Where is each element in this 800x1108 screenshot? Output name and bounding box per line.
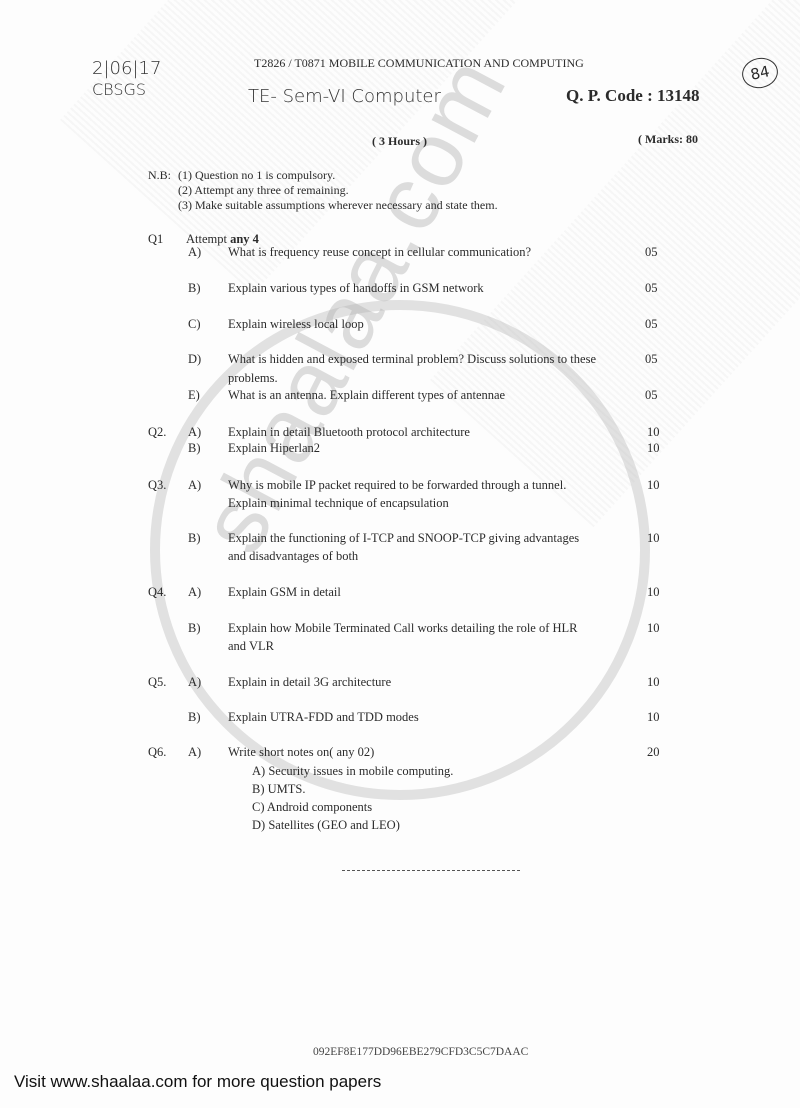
part-marks: 10 — [647, 441, 660, 456]
paper-hash-code: 092EF8E177DD96EBE279CFD3C5C7DAAC — [313, 1046, 528, 1058]
part-text: Explain the functioning of I-TCP and SNO… — [228, 531, 579, 546]
part-marks: 10 — [647, 478, 660, 493]
part-marks: 10 — [647, 585, 660, 600]
part-marks: 20 — [647, 745, 660, 760]
part-text-continued: and disadvantages of both — [228, 549, 358, 564]
part-label: B) — [188, 441, 201, 456]
part-marks: 05 — [645, 352, 658, 367]
part-text: Explain wireless local loop — [228, 317, 364, 332]
part-text: Write short notes on( any 02) — [228, 745, 374, 760]
visit-banner: Visit www.shaalaa.com for more question … — [14, 1072, 381, 1092]
part-label: E) — [188, 388, 200, 403]
part-text: Explain in detail 3G architecture — [228, 675, 391, 690]
part-marks: 05 — [645, 245, 658, 260]
part-text: What is frequency reuse concept in cellu… — [228, 245, 531, 260]
part-text: Why is mobile IP packet required to be f… — [228, 478, 566, 493]
question-paper-page: shaalaa.com 2|06|17 CBSGS TE- Sem-VI Com… — [0, 0, 800, 1108]
handwritten-scheme: CBSGS — [92, 80, 146, 99]
note-item: (2) Attempt any three of remaining. — [178, 183, 349, 198]
note-item: (3) Make suitable assumptions wherever n… — [178, 198, 498, 213]
part-marks: 10 — [647, 675, 660, 690]
question-number: Q3. — [148, 478, 166, 493]
part-text: Explain how Mobile Terminated Call works… — [228, 621, 578, 636]
end-divider — [342, 870, 520, 871]
part-text: Explain Hiperlan2 — [228, 441, 320, 456]
note-item: (1) Question no 1 is compulsory. — [178, 168, 335, 183]
part-marks: 10 — [647, 621, 660, 636]
sub-item: A) Security issues in mobile computing. — [252, 764, 453, 779]
part-text: Explain UTRA-FDD and TDD modes — [228, 710, 419, 725]
handwritten-class: TE- Sem-VI Computer — [248, 86, 441, 107]
part-label: A) — [188, 245, 201, 260]
part-text-continued: problems. — [228, 371, 278, 386]
part-label: D) — [188, 352, 201, 367]
part-marks: 10 — [647, 531, 660, 546]
part-text: Explain in detail Bluetooth protocol arc… — [228, 425, 470, 440]
part-marks: 10 — [647, 710, 660, 725]
part-label: B) — [188, 621, 201, 636]
duration: ( 3 Hours ) — [372, 134, 427, 149]
qp-code: Q. P. Code : 13148 — [566, 86, 700, 106]
part-label: B) — [188, 281, 201, 296]
total-marks: ( Marks: 80 — [638, 132, 698, 147]
part-label: B) — [188, 531, 201, 546]
notes-label: N.B: — [148, 168, 171, 183]
part-label: A) — [188, 745, 201, 760]
part-text-continued: Explain minimal technique of encapsulati… — [228, 496, 449, 511]
part-text: What is hidden and exposed terminal prob… — [228, 352, 596, 367]
part-marks: 05 — [645, 388, 658, 403]
part-text: Explain various types of handoffs in GSM… — [228, 281, 484, 296]
question-number: Q1 — [148, 232, 163, 247]
question-number: Q4. — [148, 585, 166, 600]
part-label: C) — [188, 317, 201, 332]
sub-item: B) UMTS. — [252, 782, 305, 797]
part-label: A) — [188, 585, 201, 600]
part-text: What is an antenna. Explain different ty… — [228, 388, 505, 403]
instruction-text: Attempt — [186, 232, 230, 246]
question-number: Q5. — [148, 675, 166, 690]
handwritten-date: 2|06|17 — [92, 58, 161, 79]
sub-item: C) Android components — [252, 800, 372, 815]
question-number: Q2. — [148, 425, 166, 440]
part-marks: 05 — [645, 317, 658, 332]
part-label: A) — [188, 478, 201, 493]
course-title: T2826 / T0871 MOBILE COMMUNICATION AND C… — [254, 56, 584, 71]
part-marks: 10 — [647, 425, 660, 440]
part-marks: 05 — [645, 281, 658, 296]
part-text: Explain GSM in detail — [228, 585, 341, 600]
part-label: A) — [188, 675, 201, 690]
sub-item: D) Satellites (GEO and LEO) — [252, 818, 400, 833]
instruction-emphasis: any 4 — [230, 232, 259, 246]
part-label: B) — [188, 710, 201, 725]
watermark-circle — [150, 300, 650, 800]
question-number: Q6. — [148, 745, 166, 760]
part-label: A) — [188, 425, 201, 440]
part-text-continued: and VLR — [228, 639, 274, 654]
